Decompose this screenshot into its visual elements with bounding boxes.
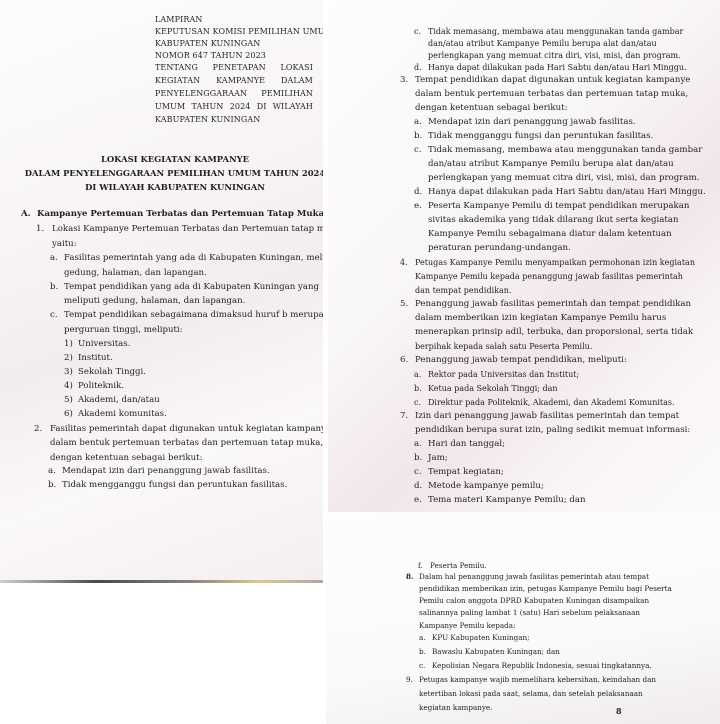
header-line: NOMOR 647 TAHUN 2023 [155,50,266,61]
title-line: DALAM PENYELENGGARAAN PEMILIHAN UMUM TAH… [0,168,323,179]
paragraph-line: Penanggung jawab fasilitas pemerintah da… [415,299,691,310]
list-item: Kepolisian Negara Republik Indonesia, se… [432,661,652,670]
sub-marker: c. [414,397,421,408]
paragraph-line: Fasilitas pemerintah dapat digunakan unt… [50,424,323,435]
list-marker: 4) [64,381,73,392]
paragraph-line: Kampanye Pemilu kepada: [419,621,515,630]
header-lampiran: LAMPIRAN [155,14,202,25]
list-item: KPU Kabupaten Kuningan; [432,633,530,642]
list-marker: 1) [64,339,73,350]
paragraph-line: Hanya dapat dilakukan pada Hari Sabtu da… [428,187,706,198]
sub-marker: c. [414,145,422,156]
item-number: 8. [406,572,414,581]
word: PEMILIHAN [261,88,313,99]
paragraph-line: perlengkapan yang memuat citra diri, vis… [428,173,699,184]
paragraph-line: sivitas akademika yang tidak dilarang ik… [428,215,678,226]
word: TENTANG [155,62,198,73]
title-line: LOKASI KEGIATAN KAMPANYE [0,154,323,165]
paragraph-line: yaitu: [52,239,77,250]
paragraph-line: dalam bentuk pertemuan terbatas dan pert… [50,438,323,449]
paragraph-line: peraturan perundang-undangan. [428,243,571,254]
list-item: Institut. [78,353,113,364]
paragraph-line: dan/atau atribut Kampanye Pemilu berupa … [428,38,657,49]
sub-marker: c. [419,661,425,670]
section-a-marker: A. [21,209,31,220]
header-line: KABUPATEN KUNINGAN [155,114,260,125]
sub-marker: e. [414,201,422,212]
paragraph-line: gedung, halaman, dan lapangan. [64,268,207,279]
sub-marker: a. [414,369,421,380]
paragraph-line: perlengkapan yang memuat citra diri, vis… [428,50,681,61]
paragraph-line: Tidak memasang, membawa atau menggunakan… [428,145,702,156]
paragraph-line: dan tempat pendidikan. [415,285,511,296]
paragraph-line: pendidikan memberikan izin, petugas Kamp… [419,584,672,593]
list-marker: 6) [64,409,73,420]
sub-marker: c. [414,467,422,478]
word: KEGIATAN [155,75,200,86]
paragraph-line: kegiatan kampanye. [419,703,492,712]
word: DALAM [281,75,313,86]
item-number: 1. [36,224,44,235]
sub-marker: c. [414,26,421,37]
paragraph-line: perguruan tinggi, meliputi: [64,325,183,336]
sub-marker: c. [50,310,58,321]
sub-marker: a. [50,253,58,264]
paragraph-line: Hanya dapat dilakukan pada Hari Sabtu da… [428,62,687,73]
sub-marker: e. [414,495,422,506]
item-number: 6. [400,355,408,366]
page-number: 8 [616,706,622,716]
word: PENETAPAN [213,62,266,73]
paragraph-line: Lokasi Kampanye Pertemuan Terbatas dan P… [52,224,323,235]
sub-marker: b. [50,282,58,293]
paragraph-line: berpihak kepada salah satu Peserta Pemil… [415,341,592,352]
sub-marker: f. [418,561,423,570]
paragraph-line: dalam bentuk pertemuan terbatas dan pert… [415,89,688,100]
item-number: 7. [400,411,408,422]
paragraph-line: dan/atau atribut Kampanye Pemilu berupa … [428,159,674,170]
word: DI [257,101,267,112]
paragraph-line: Peserta Kampanye Pemilu di tempat pendid… [428,201,689,212]
sub-marker: d. [414,481,422,492]
paragraph-line: dengan ketentuan sebagai berikut: [50,453,203,464]
list-item: Peserta Pemilu. [430,561,487,570]
paragraph-line: Rektor pada Universitas dan Institut; [428,369,579,380]
paragraph-line: menerapkan prinsip adil, terbuka, dan pr… [415,327,693,338]
word: UMUM [155,101,185,112]
paragraph-line: Petugas Kampanye Pemilu menyampaikan per… [415,257,695,268]
paragraph-line: Penanggung jawab tempat pendidikan, meli… [415,355,627,366]
word: WILAYAH [273,101,313,112]
paragraph-line: Tidak mengganggu fungsi dan peruntukan f… [428,131,653,142]
sub-marker: a. [48,466,56,477]
list-item: Akademi komunitas. [78,409,167,420]
sub-marker: d. [414,62,422,73]
header-line-justified: UMUMTAHUN2024DIWILAYAH [155,101,313,112]
sub-marker: b. [414,131,422,142]
header-line: KABUPATEN KUNINGAN [155,38,260,49]
list-item: Akademi, dan/atau [78,395,160,406]
paragraph-line: Tidak memasang, membawa atau menggunakan… [428,26,683,37]
paragraph-line: Kampanye Pemilu sebagaimana diatur dalam… [428,229,672,240]
title-line: DI WILAYAH KABUPATEN KUNINGAN [0,182,323,193]
list-item: Jam; [428,453,448,464]
header-line: KEPUTUSAN KOMISI PEMILIHAN UMUM [155,26,323,37]
list-item: Tema materi Kampanye Pemilu; dan [428,495,586,506]
paragraph-line: Tidak mengganggu fungsi dan peruntukan f… [62,480,287,491]
paragraph-line: Kampanye Pemilu kepada penanggung jawab … [415,271,683,282]
list-marker: 5) [64,395,73,406]
sub-marker: a. [414,439,422,450]
paragraph-line: Dalam hal penanggung jawab fasilitas pem… [419,572,649,581]
paragraph-line: dengan ketentuan sebagai berikut: [415,103,568,114]
item-number: 2. [34,424,42,435]
paragraph-line: Ketua pada Sekolah Tinggi; dan [428,383,558,394]
paragraph-line: salinannya paling lambat 1 (satu) Hari s… [419,608,640,617]
paragraph-line: ketertiban lokasi pada saat, selama, dan… [419,689,643,698]
sub-marker: a. [419,633,426,642]
list-item: Politeknik. [78,381,124,392]
sub-marker: b. [419,647,426,656]
list-marker: 3) [64,367,73,378]
paragraph-line: Tempat pendidikan sebagaimana dimaksud h… [64,310,323,321]
paragraph-line: Direktur pada Politeknik, Akademi, dan A… [428,397,675,408]
paragraph-line: Pemilu calon anggota DPRD Kabupaten Kuni… [419,596,649,605]
paragraph-line: Tempat pendidikan dapat digunakan untuk … [415,75,690,86]
paragraph-line: Fasilitas pemerintah yang ada di Kabupat… [64,253,323,264]
paragraph-line: Izin dari penanggung jawab fasilitas pem… [415,411,679,422]
list-item: Bawaslu Kabupaten Kuningan; dan [432,647,560,656]
word: LOKASI [280,62,313,73]
list-item: Metode kampanye pemilu; [428,481,544,492]
paragraph-line: Mendapat izin dari penanggung jawab fasi… [428,117,636,128]
header-line-justified: TENTANGPENETAPANLOKASI [155,62,313,73]
list-item: Sekolah Tinggi. [78,367,146,378]
header-line-justified: KEGIATANKAMPANYEDALAM [155,75,313,86]
word: 2024 [230,101,251,112]
paragraph-line: pendidikan berupa surat izin, paling sed… [415,425,690,436]
header-line-justified: PENYELENGGARAANPEMILIHAN [155,88,313,99]
sub-marker: d. [414,187,422,198]
item-number: 5. [400,299,408,310]
paragraph-line: Tempat pendidikan yang ada di Kabupaten … [64,282,319,293]
list-item: Hari dan tanggal; [428,439,505,450]
item-number: 3. [400,75,408,86]
paragraph-line: Mendapat izin dari penanggung jawab fasi… [62,466,270,477]
sub-marker: b. [414,453,422,464]
paragraph-line: Petugas kampanye wajib memelihara kebers… [419,675,656,684]
list-item: Universitas. [78,339,130,350]
list-marker: 2) [64,353,73,364]
list-item: Tempat kegiatan; [428,467,504,478]
sub-marker: a. [414,117,422,128]
paragraph-line: meliputi gedung, halaman, dan lapangan. [64,296,245,307]
sub-marker: b. [48,480,56,491]
paragraph-line: dalam memberikan izin kegiatan Kampanye … [415,313,666,324]
section-a-heading: Kampanye Pertemuan Terbatas dan Pertemua… [37,209,323,220]
word: TAHUN [192,101,224,112]
word: KAMPANYE [216,75,265,86]
word: PENYELENGGARAAN [155,88,247,99]
item-number: 9. [406,675,413,684]
document-page-3: f. Peserta Pemilu. 8. Dalam hal penanggu… [326,512,720,724]
item-number: 4. [400,257,408,268]
document-page-1: LAMPIRAN KEPUTUSAN KOMISI PEMILIHAN UMUM… [0,0,323,583]
sub-marker: b. [414,383,422,394]
document-page-2: c. Tidak memasang, membawa atau mengguna… [328,0,720,512]
